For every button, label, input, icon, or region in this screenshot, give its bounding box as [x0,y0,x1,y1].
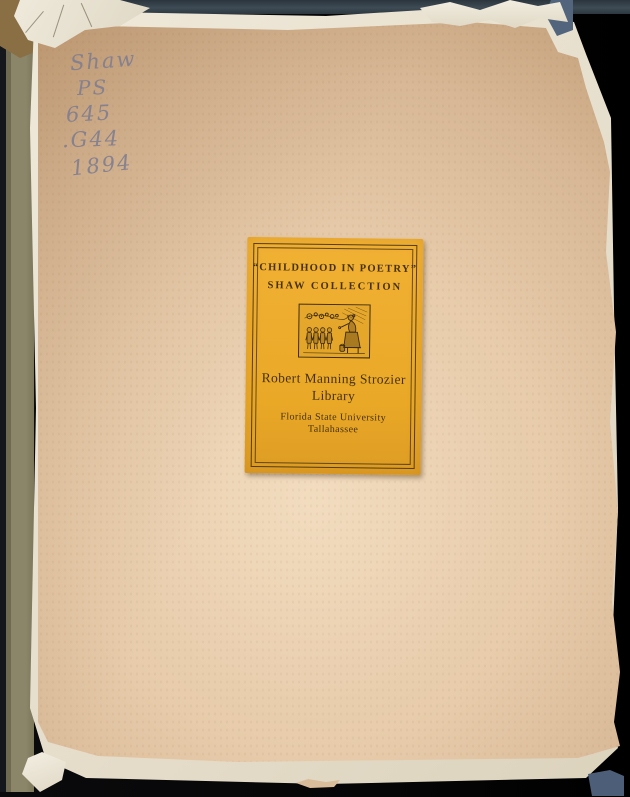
bookplate: “CHILDHOOD IN POETRY” SHAW COLLECTION [245,237,424,475]
bookplate-library-name: Robert Manning Strozier [262,370,406,388]
teacher-and-children-engraving-illustration [298,304,371,359]
paper-crack-line [53,5,64,38]
book-board-left-edge [0,0,34,792]
scanned-book-inside-cover: Shaw PS 645 .G44 1894 “CHILDHOOD IN POET… [0,0,630,797]
call-number-handwriting: Shaw PS 645 .G44 1894 [62,48,136,178]
bookplate-institution: Florida State University [280,411,386,423]
call-number-line: 645 [65,98,137,128]
paper-crack-line [25,11,44,33]
bookplate-content: “CHILDHOOD IN POETRY” SHAW COLLECTION [245,237,423,436]
bookplate-city: Tallahassee [308,424,358,436]
bookplate-subtitle: SHAW COLLECTION [268,280,403,293]
endpaper-page: Shaw PS 645 .G44 1894 “CHILDHOOD IN POET… [38,22,624,766]
cover-showing-through-bottom-right [588,770,624,796]
paper-crack-line [81,3,92,27]
call-number-line: 1894 [70,149,138,182]
bookplate-title: “CHILDHOOD IN POETRY” [253,262,418,275]
call-number-line: PS [77,73,137,101]
call-number-line: Shaw [69,46,137,77]
bookplate-library-word: Library [312,388,355,405]
